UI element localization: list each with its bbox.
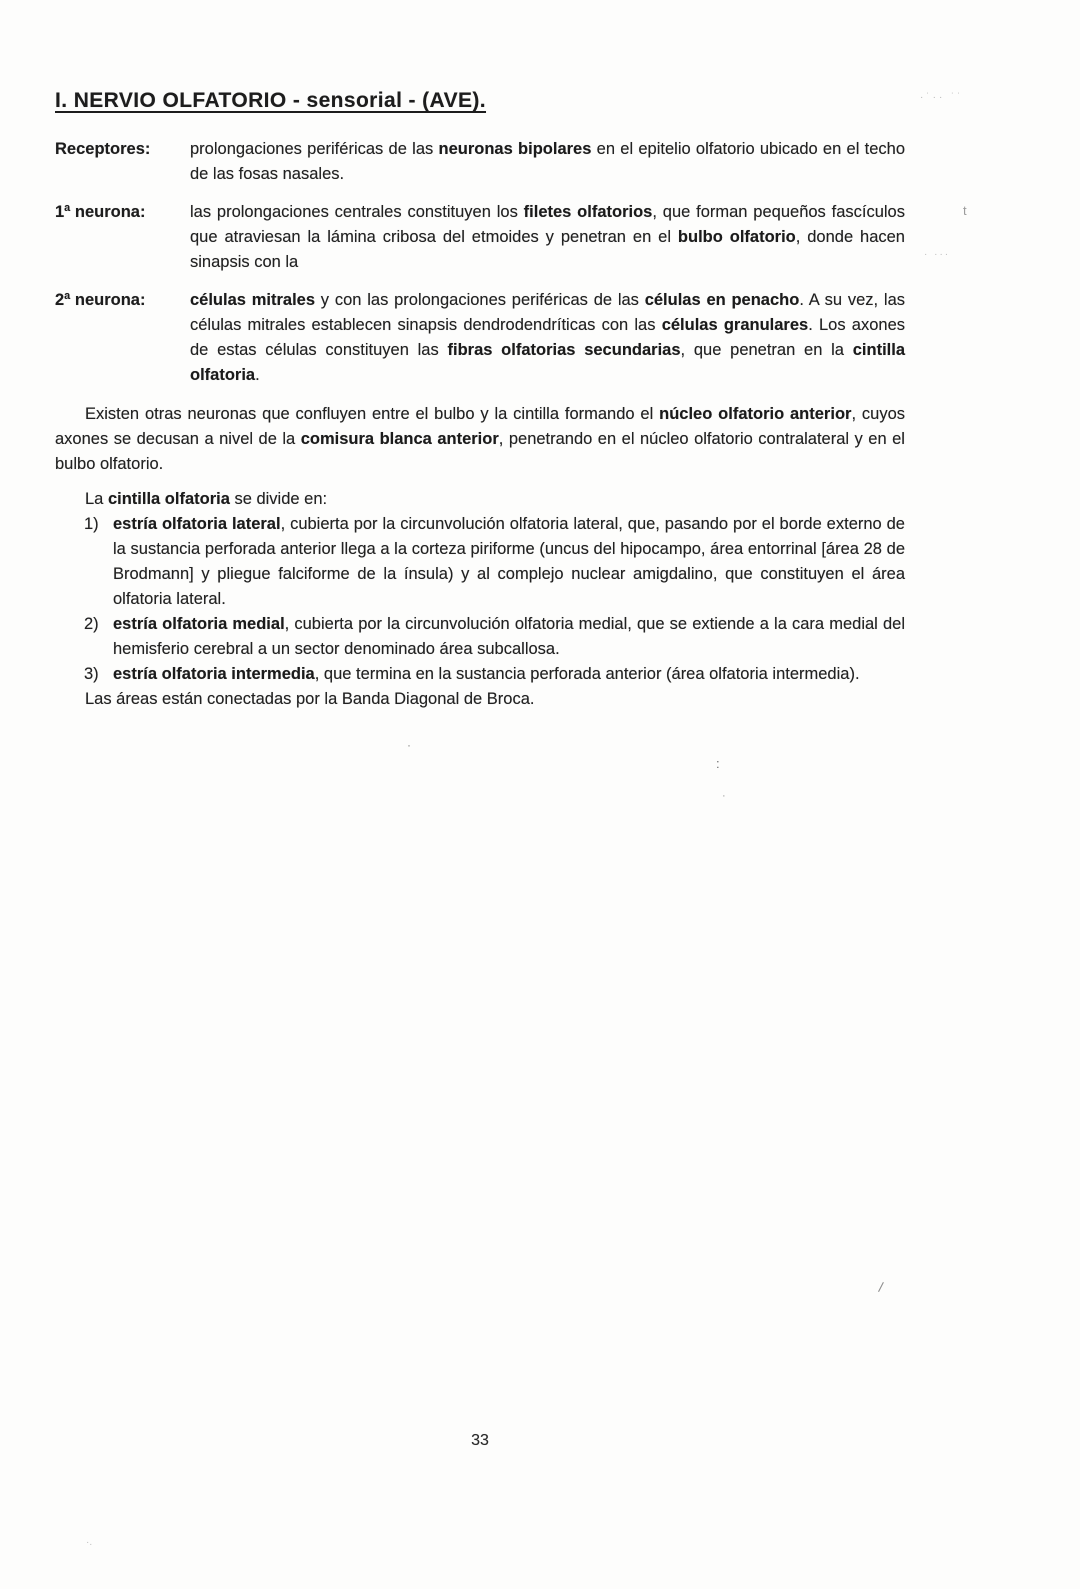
list-item: 2) estría olfatoria medial, cubierta por… [55, 612, 905, 662]
scan-artifact: ·. [86, 1537, 92, 1548]
paragraph-cintilla-intro: La cintilla olfatoria se divide en: [55, 487, 905, 512]
numbered-list: 1) estría olfatoria lateral, cubierta po… [55, 512, 905, 687]
scan-artifact: / [877, 1279, 884, 1295]
scan-artifact: · ··· [924, 249, 950, 260]
definition-label: 1ª neurona: [55, 200, 190, 275]
document-content: I. NERVIO OLFATORIO - sensorial - (AVE).… [55, 88, 905, 712]
scanned-document-page: I. NERVIO OLFATORIO - sensorial - (AVE).… [0, 0, 1080, 1589]
list-item: 3) estría olfatoria intermedia, que term… [55, 662, 905, 687]
paragraph-existen: Existen otras neuronas que confluyen ent… [55, 402, 905, 477]
scan-artifact: ·˙·· ˙˙ [920, 92, 964, 103]
list-number: 3) [84, 662, 99, 687]
scan-artifact: t [963, 203, 967, 218]
list-text: estría olfatoria intermedia, que termina… [113, 665, 860, 683]
page-number: 33 [55, 1432, 905, 1450]
scan-artifact: : [716, 756, 720, 771]
list-text: estría olfatoria lateral, cubierta por l… [113, 515, 905, 608]
scan-artifact: · [407, 738, 411, 752]
list-text: estría olfatoria medial, cubierta por la… [113, 615, 905, 658]
page-title: I. NERVIO OLFATORIO - sensorial - (AVE). [55, 88, 905, 113]
definition-label: 2ª neurona: [55, 288, 190, 388]
list-number: 1) [84, 512, 99, 537]
definition-text: células mitrales y con las prolongacione… [190, 288, 905, 388]
definition-text: prolongaciones periféricas de las neuron… [190, 137, 905, 187]
closing-line: Las áreas están conectadas por la Banda … [55, 687, 905, 712]
definition-row-receptores: Receptores: prolongaciones periféricas d… [55, 137, 905, 187]
list-number: 2) [84, 612, 99, 637]
scan-artifact: · [722, 790, 726, 802]
definition-row-primera-neurona: 1ª neurona: las prolongaciones centrales… [55, 200, 905, 275]
definition-row-segunda-neurona: 2ª neurona: células mitrales y con las p… [55, 288, 905, 388]
definition-label: Receptores: [55, 137, 190, 187]
definition-text: las prolongaciones centrales constituyen… [190, 200, 905, 275]
list-item: 1) estría olfatoria lateral, cubierta po… [55, 512, 905, 612]
